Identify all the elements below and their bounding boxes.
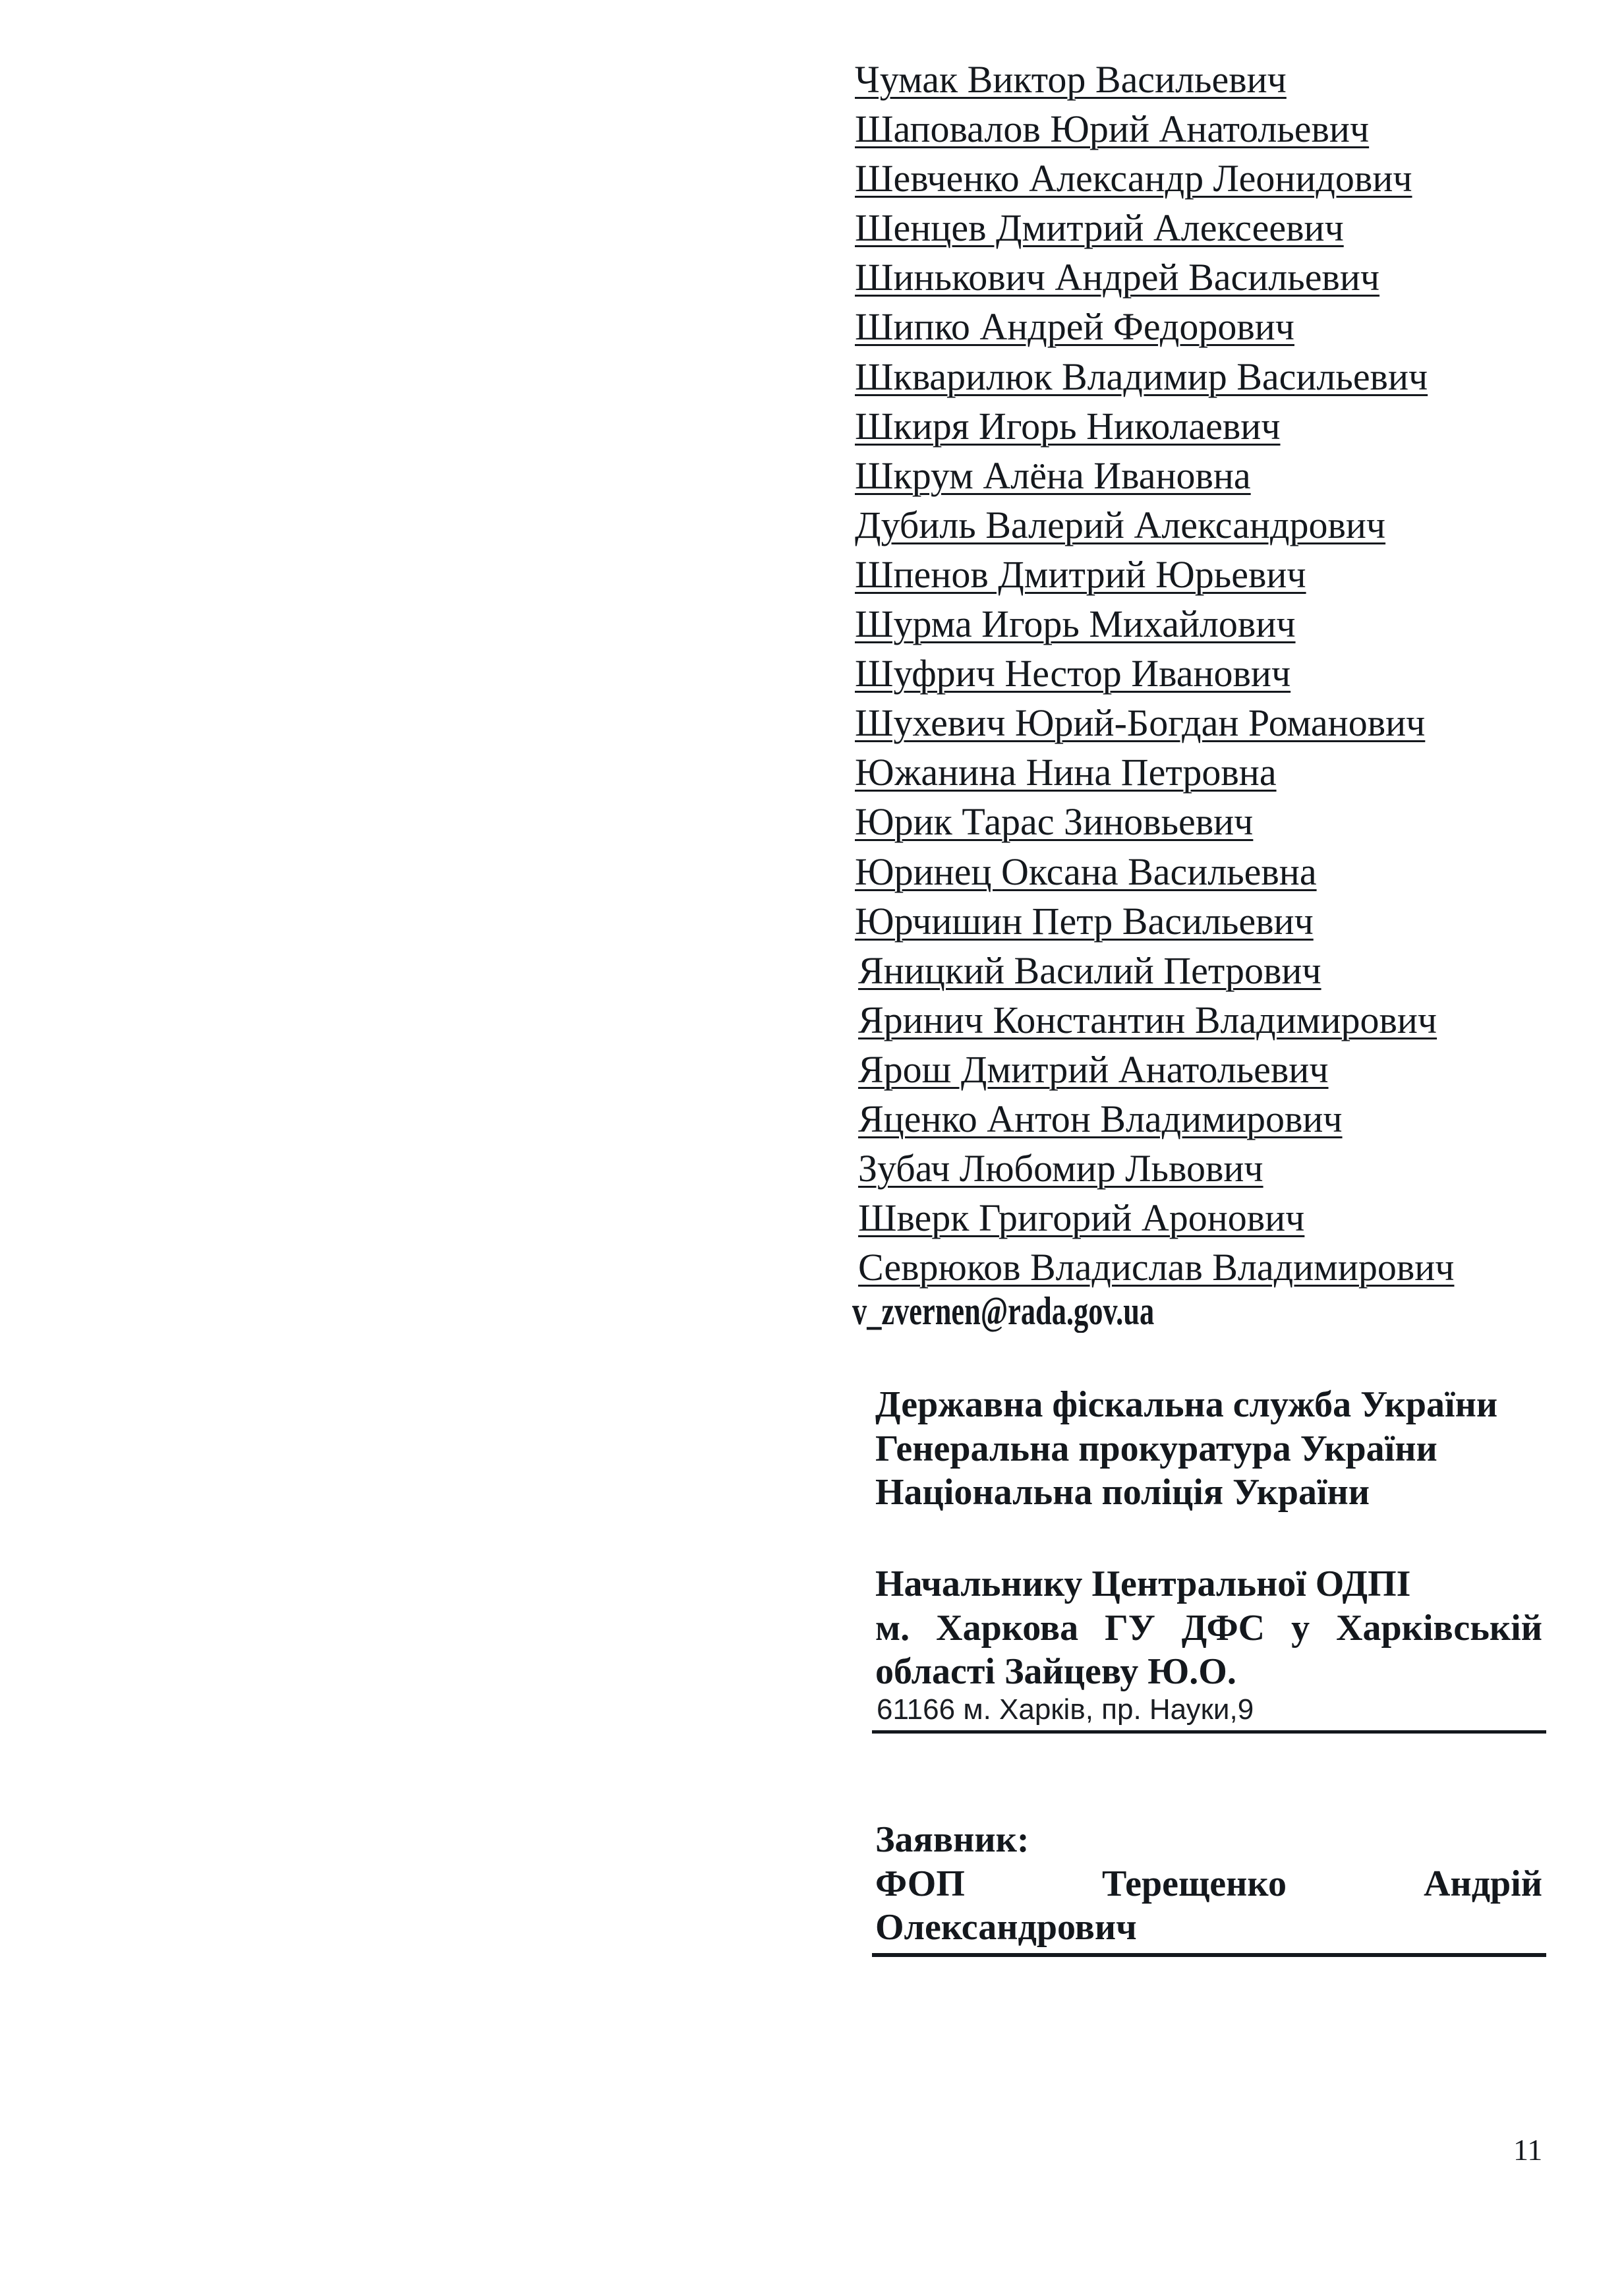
email-address: v_zvernen@rada.gov.ua — [852, 1287, 1154, 1336]
addressee-item: Зубач Любомир Львович — [855, 1144, 1454, 1193]
addressee-name: Шпенов Дмитрий Юрьевич — [855, 553, 1306, 596]
addressee-item: Шпенов Дмитрий Юрьевич — [855, 550, 1454, 599]
agencies-block: Державна фіскальна служба України Генера… — [875, 1383, 1542, 1515]
applicant-name-line-1: ФОП Терещенко Андрій — [875, 1862, 1542, 1906]
addressee-name: Шверк Григорий Аронович — [858, 1196, 1304, 1239]
addressee-item: Чумак Виктор Васильевич — [855, 55, 1454, 104]
divider-rule — [872, 1730, 1546, 1734]
addressee-item: Юрик Тарас Зиновьевич — [855, 797, 1454, 846]
addressee-name: Шенцев Дмитрий Алексеевич — [855, 206, 1344, 249]
agency-line: Генеральна прокуратура України — [875, 1427, 1542, 1471]
addressee-name: Шкиря Игорь Николаевич — [855, 405, 1281, 448]
addressee-name: Шкварилюк Владимир Васильевич — [855, 355, 1428, 398]
addressee-name: Яценко Антон Владимирович — [858, 1097, 1343, 1140]
addressee-item: Яринич Константин Владимирович — [855, 995, 1454, 1045]
addressee-item: Шверк Григорий Аронович — [855, 1193, 1454, 1242]
applicant-label: Заявник: — [875, 1818, 1542, 1862]
addressee-item: Дубиль Валерий Александрович — [855, 500, 1454, 550]
addressee-name: Шкрум Алёна Ивановна — [855, 454, 1251, 497]
addressee-name: Шевченко Александр Леонидович — [855, 157, 1412, 200]
recipient-address: 61166 м. Харків, пр. Науки,9 — [877, 1693, 1254, 1727]
addressee-item: Шухевич Юрий-Богдан Романович — [855, 698, 1454, 747]
addressee-item: Яницкий Василий Петрович — [855, 946, 1454, 995]
addressee-name: Зубач Любомир Львович — [858, 1147, 1263, 1190]
addressee-name: Шипко Андрей Федорович — [855, 305, 1294, 348]
addressee-name: Дубиль Валерий Александрович — [855, 504, 1385, 546]
recipient-line-2: м. Харкова ГУ ДФС у Харківській — [875, 1606, 1542, 1650]
addressee-name: Чумак Виктор Васильевич — [855, 58, 1287, 101]
addressee-item: Шурма Игорь Михайлович — [855, 599, 1454, 649]
addressee-item: Севрюков Владислав Владимирович — [855, 1242, 1454, 1292]
addressee-name: Шухевич Юрий-Богдан Романович — [855, 701, 1425, 744]
applicant-name-line-2: Олександрович — [875, 1906, 1542, 1950]
addressee-item: Юринец Оксана Васильевна — [855, 847, 1454, 896]
divider-rule — [872, 1953, 1546, 1957]
document-page: Чумак Виктор Васильевич Шаповалов Юрий А… — [0, 0, 1624, 2278]
recipient-line-1: Начальнику Центральної ОДПІ — [875, 1562, 1542, 1606]
addressee-item: Шипко Андрей Федорович — [855, 302, 1454, 351]
addressee-item: Шенцев Дмитрий Алексеевич — [855, 203, 1454, 252]
addressee-name: Юринец Оксана Васильевна — [855, 850, 1317, 893]
addressee-list: Чумак Виктор Васильевич Шаповалов Юрий А… — [855, 55, 1454, 1292]
addressee-name: Южанина Нина Петровна — [855, 751, 1277, 794]
addressee-item: Шкварилюк Владимир Васильевич — [855, 352, 1454, 401]
agency-line: Державна фіскальна служба України — [875, 1383, 1542, 1427]
addressee-name: Юрик Тарас Зиновьевич — [855, 800, 1253, 843]
addressee-name: Шуфрич Нестор Иванович — [855, 652, 1290, 695]
addressee-item: Юрчишин Петр Васильевич — [855, 896, 1454, 946]
addressee-item: Шуфрич Нестор Иванович — [855, 649, 1454, 698]
addressee-name: Ярош Дмитрий Анатольевич — [858, 1048, 1329, 1091]
page-number: 11 — [1513, 2133, 1542, 2167]
recipient-block: Начальнику Центральної ОДПІ м. Харкова Г… — [875, 1562, 1542, 1694]
addressee-item: Шкиря Игорь Николаевич — [855, 401, 1454, 451]
applicant-block: Заявник: ФОП Терещенко Андрій Олександро… — [875, 1818, 1542, 1950]
addressee-item: Южанина Нина Петровна — [855, 747, 1454, 797]
addressee-item: Яценко Антон Владимирович — [855, 1094, 1454, 1144]
addressee-item: Шинькович Андрей Васильевич — [855, 252, 1454, 302]
recipient-line-3: області Зайцеву Ю.О. — [875, 1650, 1542, 1694]
addressee-name: Шурма Игорь Михайлович — [855, 602, 1296, 645]
addressee-name: Яринич Константин Владимирович — [858, 999, 1437, 1041]
addressee-name: Шаповалов Юрий Анатольевич — [855, 107, 1369, 150]
agency-line: Національна поліція України — [875, 1471, 1542, 1515]
addressee-item: Шкрум Алёна Ивановна — [855, 451, 1454, 500]
addressee-item: Шаповалов Юрий Анатольевич — [855, 104, 1454, 154]
addressee-item: Ярош Дмитрий Анатольевич — [855, 1045, 1454, 1094]
addressee-name: Севрюков Владислав Владимирович — [858, 1246, 1454, 1289]
addressee-name: Юрчишин Петр Васильевич — [855, 900, 1314, 943]
addressee-name: Яницкий Василий Петрович — [858, 949, 1321, 992]
addressee-item: Шевченко Александр Леонидович — [855, 154, 1454, 203]
addressee-name: Шинькович Андрей Васильевич — [855, 256, 1379, 299]
